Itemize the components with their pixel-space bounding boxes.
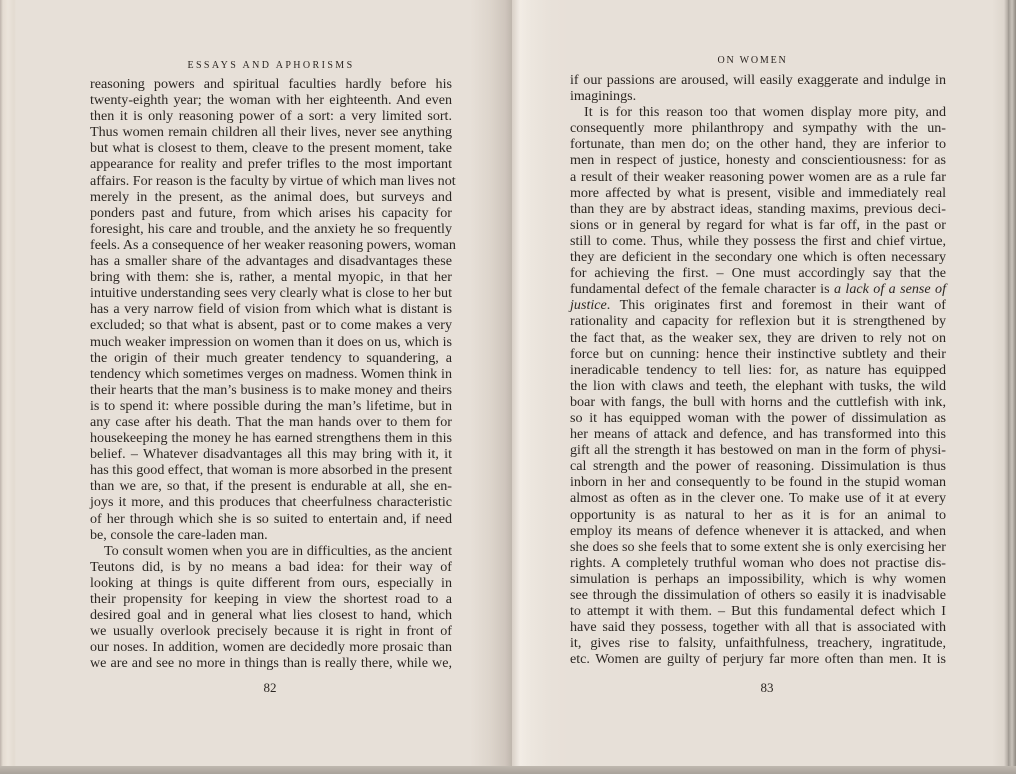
text-line: has a smaller share of the advantages an… (90, 253, 452, 269)
text-line: gift all the strength it has bestowed on… (570, 442, 946, 458)
text-line: foresight, his care and trouble, and the… (90, 221, 452, 237)
text-line: the origin of their much greater tendenc… (90, 350, 452, 366)
text-line: of her through which she is so suited to… (90, 511, 452, 527)
text-line: to attempt it with them. – But this fund… (570, 603, 946, 619)
text-line: inborn in her and consequently to be fou… (570, 474, 946, 490)
page-edge-bottom (0, 766, 1016, 774)
right-page: ON WOMEN if our passions are aroused, wi… (512, 0, 1008, 766)
text-line: so it has equipped woman with the power … (570, 410, 946, 426)
text-line: consequently more philanthropy and sympa… (570, 120, 946, 136)
text-line: sions or in general by regard for what i… (570, 217, 946, 233)
text-line: simulation is perhaps an impossibility, … (570, 571, 946, 587)
text-line: justice. This originates first and forem… (570, 297, 946, 313)
text-line: much weaker impression on women than it … (90, 334, 452, 350)
text-line: boar with fangs, the bull with horns and… (570, 394, 946, 410)
body-text-left: reasoning powers and spiritual faculties… (90, 76, 452, 671)
text-line: housekeeping the money he has earned str… (90, 430, 452, 446)
text-line: then it is only reasoning power of a sor… (90, 108, 452, 124)
text-line: men in respect of justice, honesty and c… (570, 152, 946, 168)
running-head-right: ON WOMEN (560, 55, 945, 66)
text-line: bring with them: she is, rather, a menta… (90, 269, 452, 285)
text-line: Thus women remain children all their liv… (90, 124, 452, 140)
text-line: their hearts that the man’s business is … (90, 382, 452, 398)
text-line: looking at things is quite different fro… (90, 575, 452, 591)
text-line: the fact that, as the weaker sex, they a… (570, 330, 946, 346)
text-line: their propensity for keeping in view the… (90, 591, 452, 607)
text-line: desired goal and in general what lies cl… (90, 607, 452, 623)
text-line: opportunity is as natural to her as it i… (570, 507, 946, 523)
text-line: cal strength and the power of reasoning.… (570, 458, 946, 474)
text-line: joys it more, and this produces that che… (90, 494, 452, 510)
text-line: rationality and capacity for reflexion b… (570, 313, 946, 329)
text-line: reasoning powers and spiritual faculties… (90, 76, 452, 92)
text-line: Teutons did, is by no means a bad idea: … (90, 559, 452, 575)
text-line: than they are by abstract ideas, standin… (570, 201, 946, 217)
left-page: ESSAYS AND APHORISMS reasoning powers an… (0, 0, 512, 766)
text-line: affairs. For reason is the faculty by vi… (90, 173, 452, 189)
text-line: our noses. In addition, women are decide… (90, 639, 452, 655)
text-line: we are and see no more in things than is… (90, 655, 452, 671)
text-line: employ its means of defence whenever it … (570, 523, 946, 539)
text-line: belief. – Whatever disadvantages all thi… (90, 446, 452, 462)
text-line: fundamental defect of the female charact… (570, 281, 946, 297)
text-line: ineradicable tendency to tell lies: for,… (570, 362, 946, 378)
page-number-right: 83 (752, 680, 782, 696)
text-line: a result of their weaker reasoning power… (570, 169, 946, 185)
text-line: but what is closest to them, cleave to t… (90, 140, 452, 156)
text-line: it, gives rise to falsity, unfaithfulnes… (570, 635, 946, 651)
text-line: has a very narrow field of vision from w… (90, 301, 452, 317)
text-line: her means of attack and defence, and has… (570, 426, 946, 442)
text-line: merely in the present, as the animal doe… (90, 189, 452, 205)
emphasis: justice (570, 297, 607, 313)
text-line: feels. As a consequence of her weaker re… (90, 237, 452, 253)
text-line: we usually overlook precisely because it… (90, 623, 452, 639)
text-line: tendency which sometimes verges on madne… (90, 366, 452, 382)
page-number-left: 82 (255, 680, 285, 696)
text-line: is to spend it: where possible during th… (90, 398, 452, 414)
text-line: have said they possess, together with al… (570, 619, 946, 635)
page-edge-right (1008, 0, 1016, 774)
text-line: It is for this reason too that women dis… (570, 104, 946, 120)
text-line: fortunate, than men do; on the other han… (570, 136, 946, 152)
text-line: she does so she feels that to some exten… (570, 539, 946, 555)
text-line: imaginings. (570, 88, 946, 104)
text-line: still to come. Thus, while they possess … (570, 233, 946, 249)
text-line: has this good effect, that woman is more… (90, 462, 452, 478)
body-text-right: if our passions are aroused, will easily… (570, 72, 946, 667)
text-line: if our passions are aroused, will easily… (570, 72, 946, 88)
text-line: appearance for reality and prefer trifle… (90, 156, 452, 172)
text-line: ponders past and future, from which aris… (90, 205, 452, 221)
text-line: force but on cunning: hence their instin… (570, 346, 946, 362)
text-line: excluded; so that what is absent, past o… (90, 317, 452, 333)
text-line: more affected by what is present, visibl… (570, 185, 946, 201)
text-line: twenty-eighth year; the woman with her e… (90, 92, 452, 108)
text-line: the lion with claws and teeth, the eleph… (570, 378, 946, 394)
text-line: any case after his death. That the man h… (90, 414, 452, 430)
text-line: To consult women when you are in difficu… (90, 543, 452, 559)
emphasis: a lack of a sense of (834, 281, 946, 297)
running-head-left: ESSAYS AND APHORISMS (90, 60, 452, 71)
text-line: for achieving the first. – One must acco… (570, 265, 946, 281)
text-line: rights. A completely truthful woman who … (570, 555, 946, 571)
text-line: be, console the care-laden man. (90, 527, 452, 543)
text-line: almost as often as in the clever one. To… (570, 490, 946, 506)
text-line: etc. Women are guilty of perjury far mor… (570, 651, 946, 667)
book-spread: ESSAYS AND APHORISMS reasoning powers an… (0, 0, 1016, 774)
text-line: than we are, so that, if the present is … (90, 478, 452, 494)
text-line: see through the dissimulation of others … (570, 587, 946, 603)
text-line: they are deficient in the secondary one … (570, 249, 946, 265)
text-line: intuitive understanding sees very clearl… (90, 285, 452, 301)
